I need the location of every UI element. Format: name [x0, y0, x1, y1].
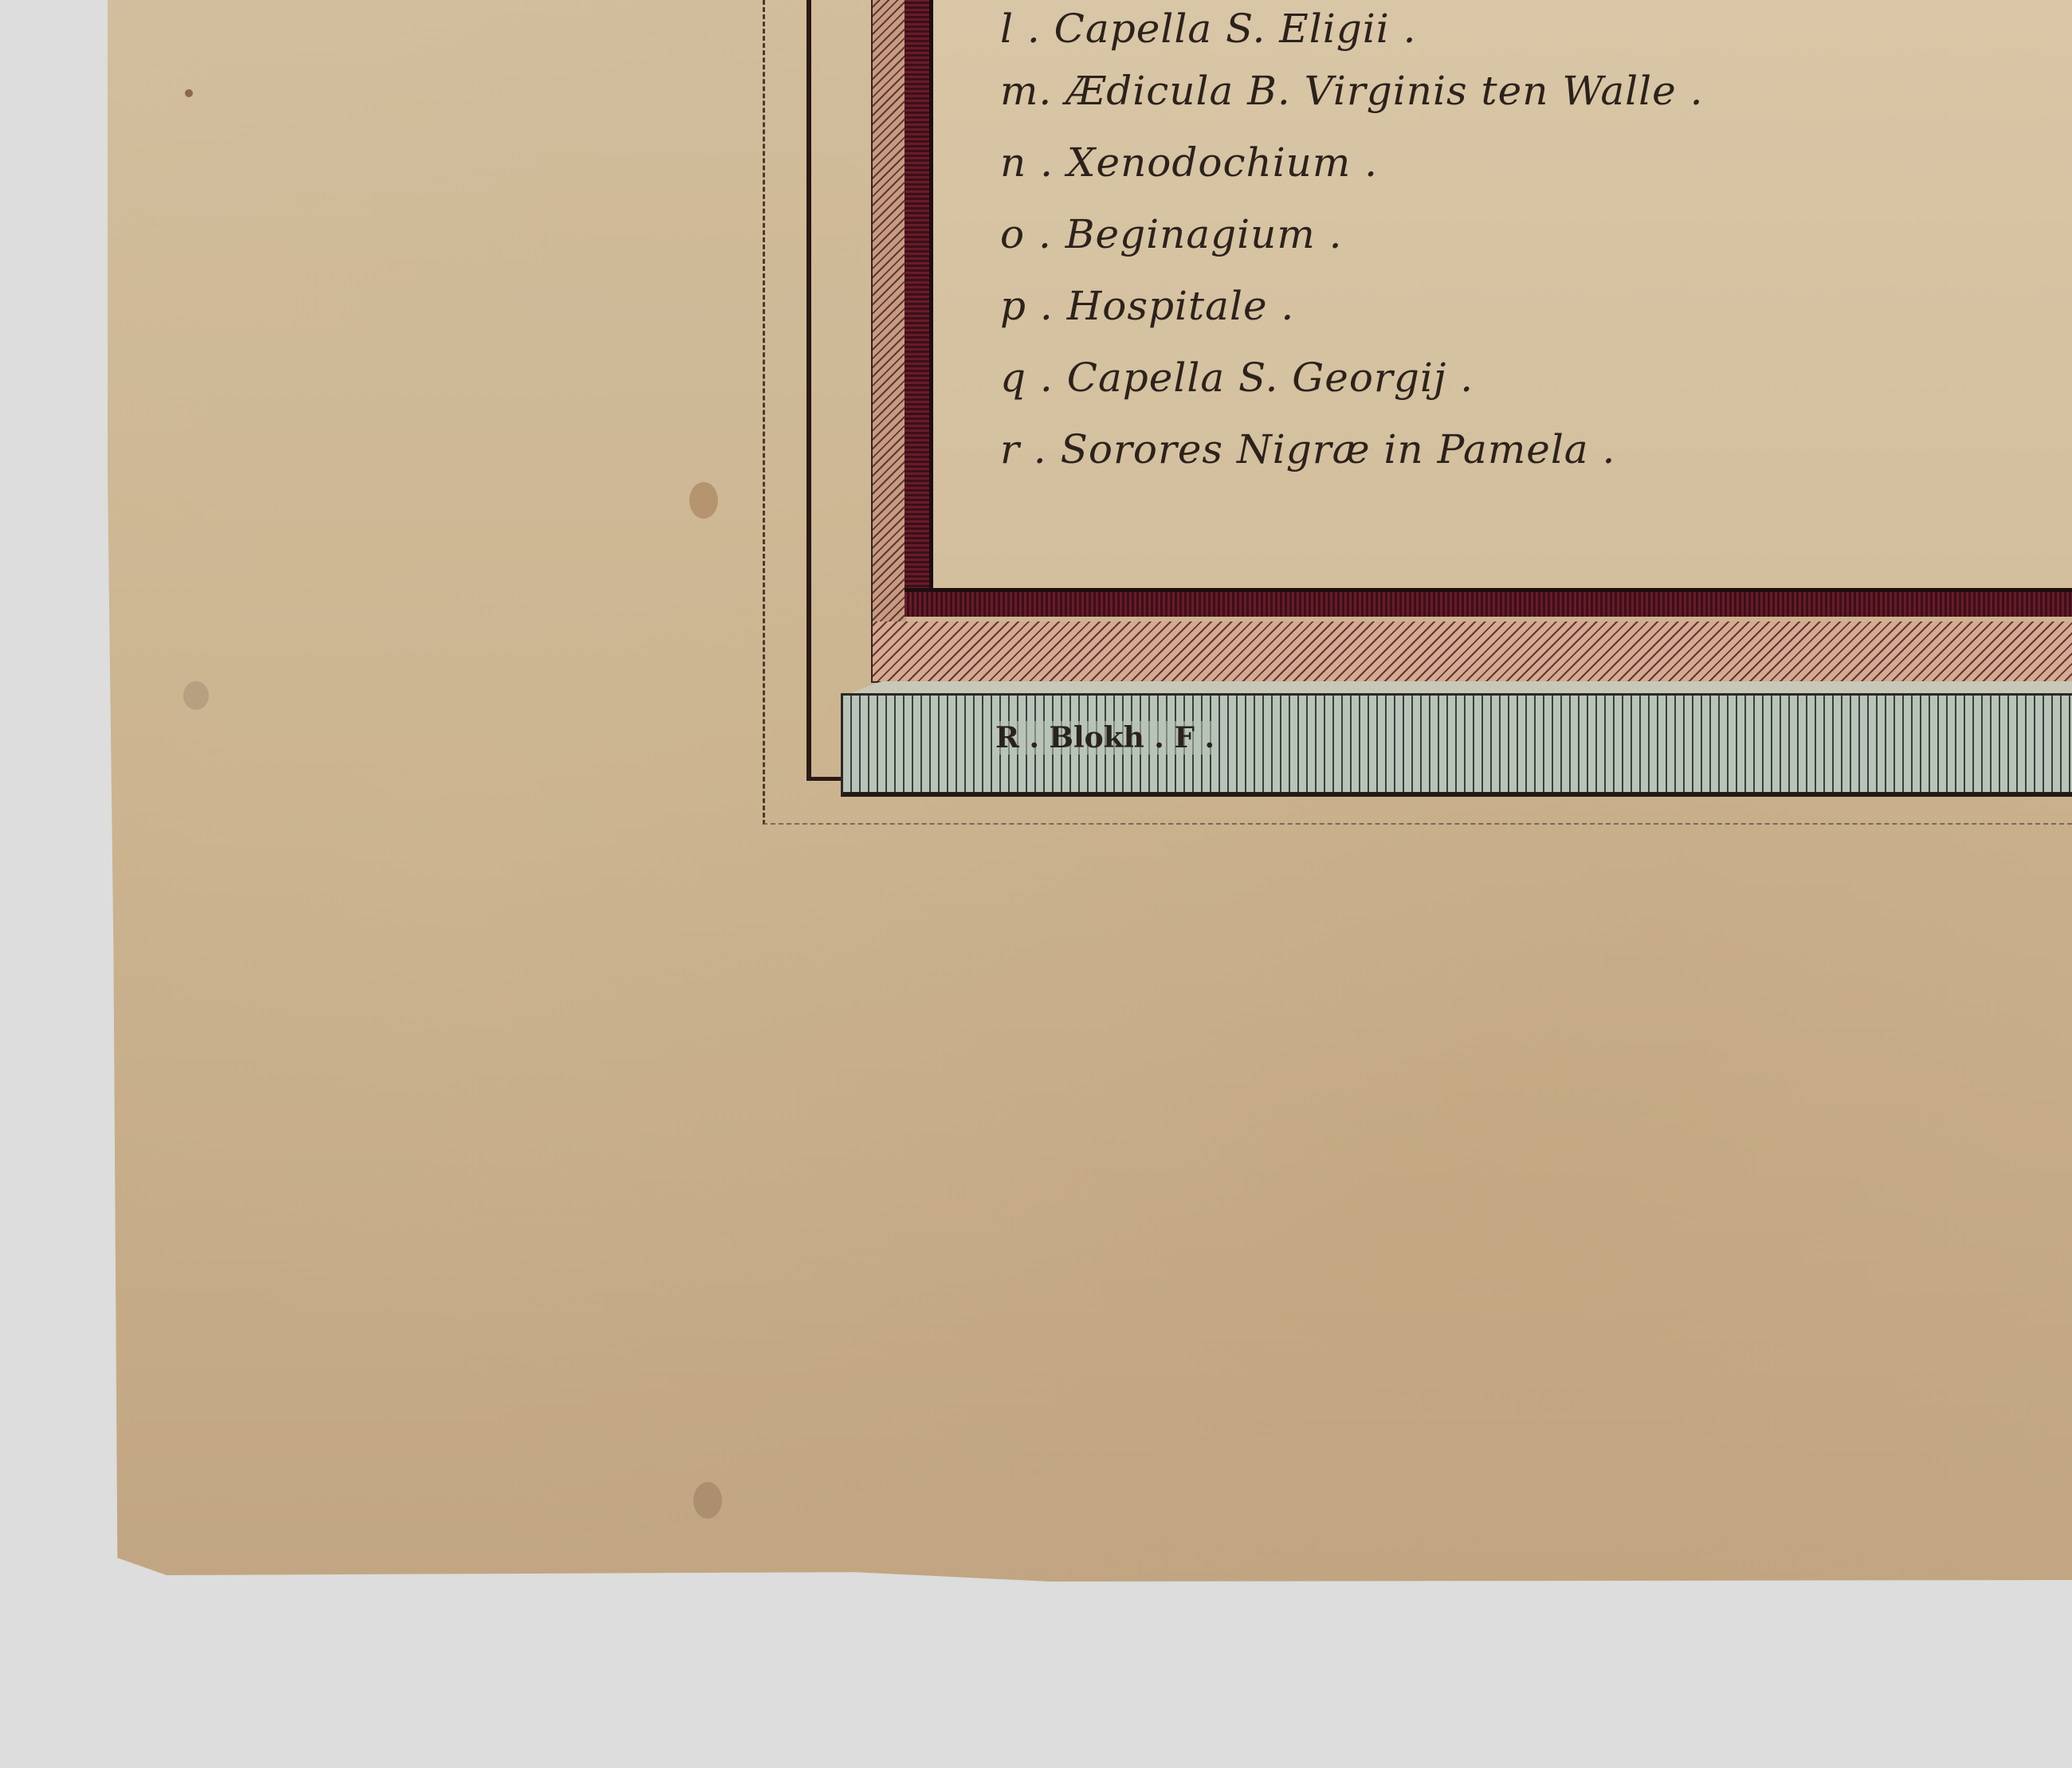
legend-item-m: m. Ædicula B. Virginis ten Walle .	[1000, 60, 1704, 131]
legend-item-q: q . Capella S. Georgij .	[1000, 347, 1704, 418]
legend-item-p: p . Hospitale .	[1000, 275, 1704, 347]
engraver-signature: R . Blokh . F .	[992, 721, 1218, 755]
foxing-stain	[693, 1482, 722, 1519]
legend-list: l . Capella S. Eligii . m. Ædicula B. Vi…	[1000, 0, 1704, 490]
foxing-stain	[689, 482, 718, 519]
hatched-frame-left	[871, 0, 906, 621]
legend-item-o: o . Beginagium .	[1000, 203, 1704, 275]
inner-border-bottom	[905, 588, 2072, 617]
legend-item-l: l . Capella S. Eligii .	[1000, 0, 1704, 60]
foxing-stain	[183, 681, 209, 710]
foxing-stain	[185, 89, 193, 97]
inner-border-left	[905, 0, 933, 614]
legend-item-n: n . Xenodochium .	[1000, 131, 1704, 203]
hatched-frame-bottom	[871, 621, 2072, 683]
legend-item-r: r . Sorores Nigræ in Pamela .	[1000, 418, 1704, 490]
